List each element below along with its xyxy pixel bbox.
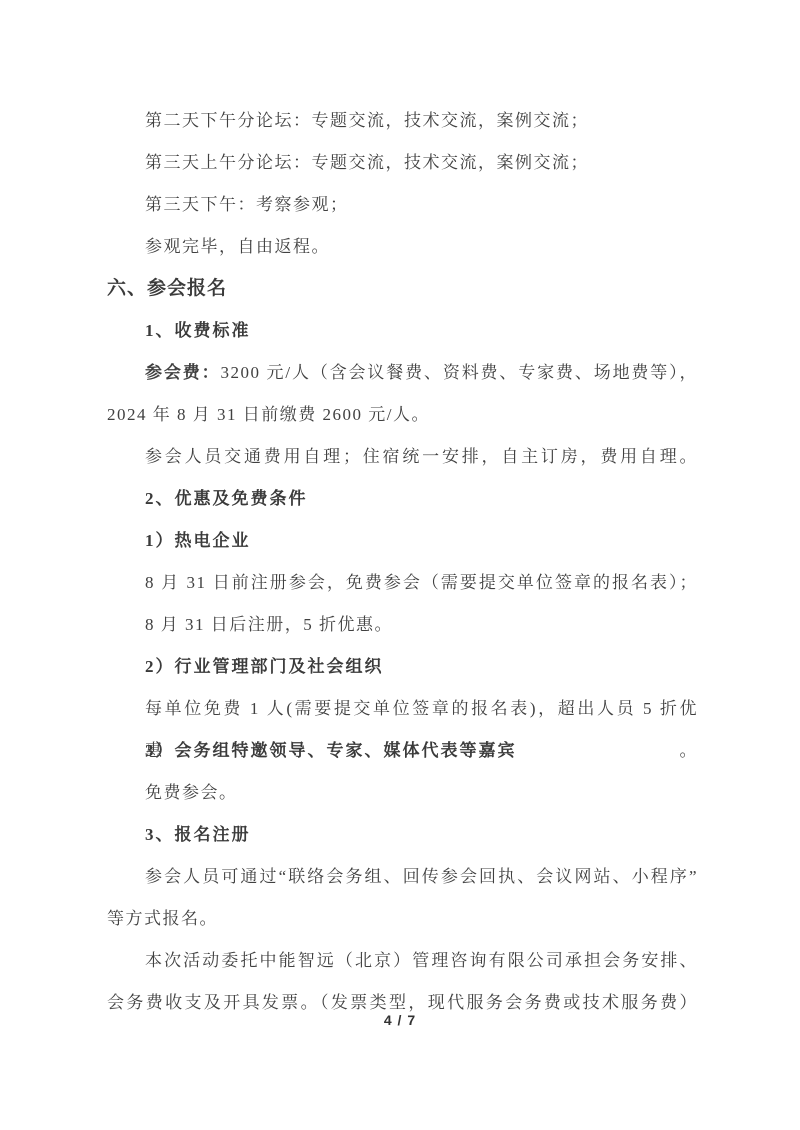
paragraph-fee-continuation: 2024 年 8 月 31 日前缴费 2600 元/人。 <box>107 394 698 436</box>
page-number: 4 / 7 <box>0 1012 800 1028</box>
fee-label: 参会费： <box>145 363 220 382</box>
subsection-heading-fee-standard: 1、收费标准 <box>107 310 698 352</box>
agenda-line-day3-pm: 第三天下午：考察参观； <box>107 184 698 226</box>
agenda-line-return: 参观完毕，自由返程。 <box>107 226 698 268</box>
document-page: 第二天下午分论坛：专题交流，技术交流，案例交流； 第三天上午分论坛：专题交流，技… <box>0 0 800 1130</box>
paragraph-register-before-deadline: 8 月 31 日前注册参会，免费参会（需要提交单位签章的报名表）； <box>107 562 698 604</box>
document-body: 第二天下午分论坛：专题交流，技术交流，案例交流； 第三天上午分论坛：专题交流，技… <box>107 100 698 1024</box>
paragraph-free-quota: 每单位免费 1 人(需要提交单位签章的报名表)，超出人员 5 折优惠。 <box>107 688 698 730</box>
section-heading-registration: 六、参会报名 <box>107 268 698 310</box>
item-heading-thermal-power-enterprises: 1）热电企业 <box>107 520 698 562</box>
paragraph-registration-channels: 参会人员可通过“联络会务组、回传参会回执、会议网站、小程序” <box>107 856 698 898</box>
paragraph-free-attendance: 免费参会。 <box>107 772 698 814</box>
item-heading-industry-management: 2）行业管理部门及社会组织 <box>107 646 698 688</box>
paragraph-travel-lodging: 参会人员交通费用自理；住宿统一安排，自主订房，费用自理。 <box>107 436 698 478</box>
fee-details: 3200 元/人（含会议餐费、资料费、专家费、场地费等）， <box>220 363 698 382</box>
agenda-line-day3-am: 第三天上午分论坛：专题交流，技术交流，案例交流； <box>107 142 698 184</box>
subsection-heading-discounts: 2、优惠及免费条件 <box>107 478 698 520</box>
paragraph-registration-channels-continuation: 等方式报名。 <box>107 898 698 940</box>
paragraph-fee: 参会费：3200 元/人（含会议餐费、资料费、专家费、场地费等）， <box>107 352 698 394</box>
paragraph-register-after-deadline: 8 月 31 日后注册，5 折优惠。 <box>107 604 698 646</box>
subsection-heading-registration-method: 3、报名注册 <box>107 814 698 856</box>
paragraph-organizer: 本次活动委托中能智远（北京）管理咨询有限公司承担会务安排、 <box>107 940 698 982</box>
agenda-line-day2-pm: 第二天下午分论坛：专题交流，技术交流，案例交流； <box>107 100 698 142</box>
